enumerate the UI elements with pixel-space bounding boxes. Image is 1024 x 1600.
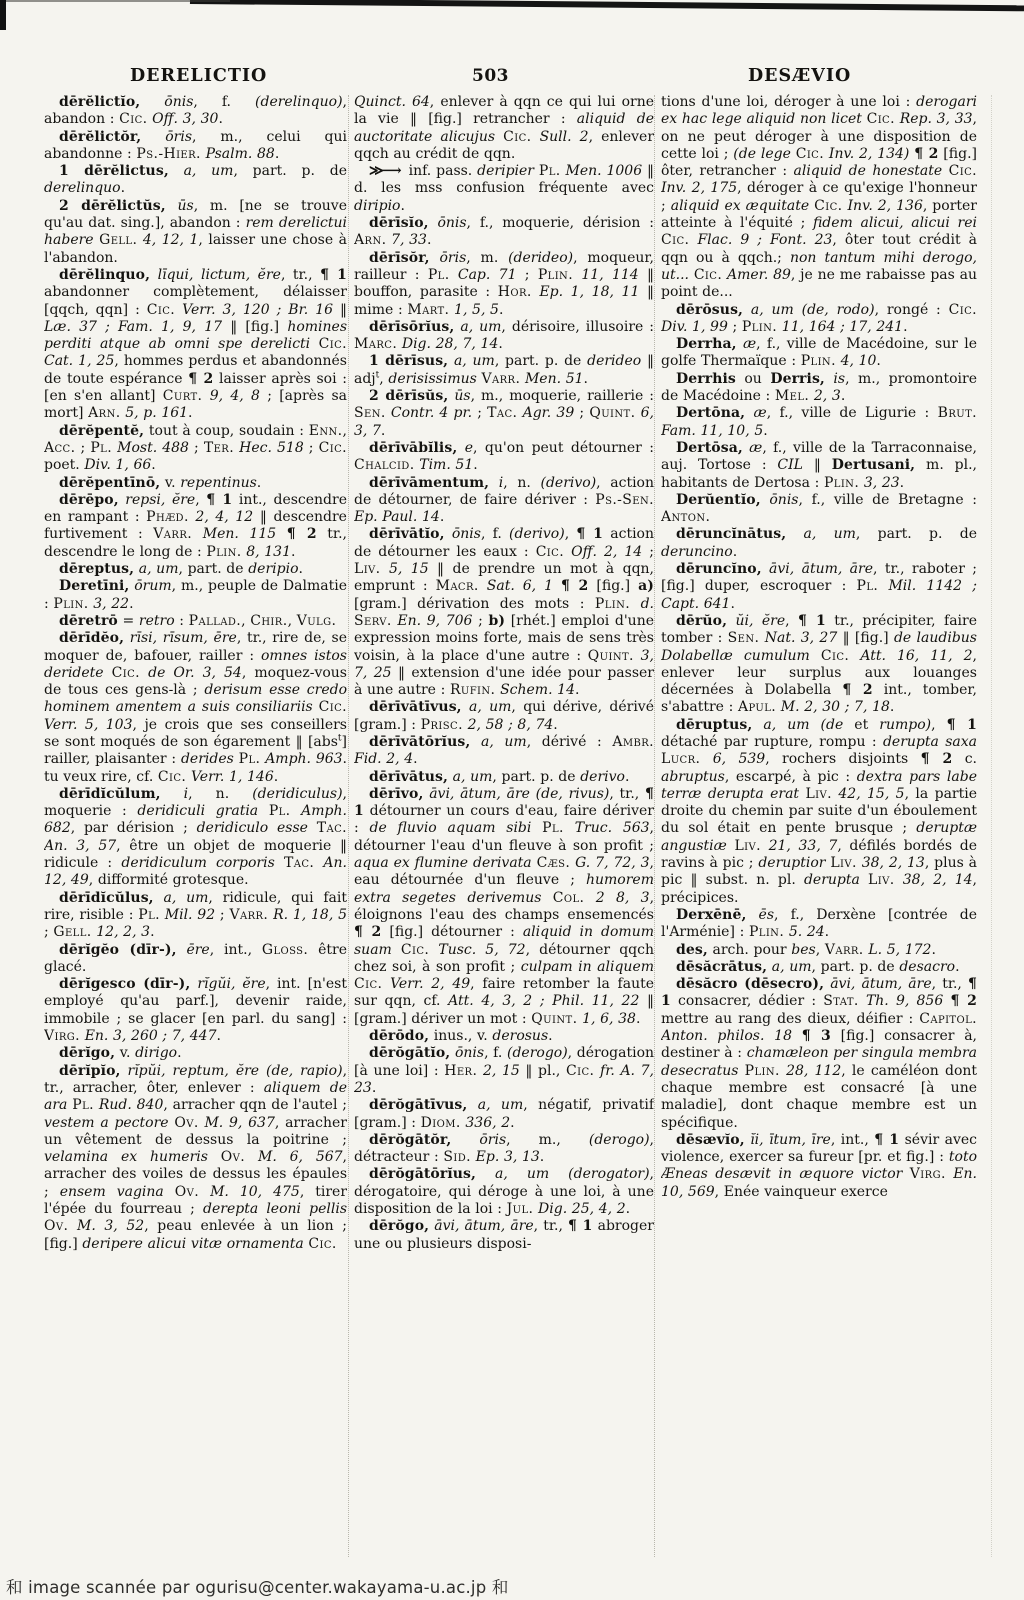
scanned-dictionary-page: DERELICTIO 503 DESÆVIO dērĕlictĭo, ōnis,… [0, 0, 1024, 1600]
dictionary-entry: dērŏgātīvus, a, um, négatif, privatif [g… [354, 1097, 654, 1132]
scan-corner-artifact [0, 0, 6, 30]
dictionary-entry: des, arch. pour bes, Varr. L. 5, 172. [661, 942, 977, 959]
column-3: tions d'une loi, déroger à une loi : der… [661, 94, 977, 1558]
dictionary-entry: dērĭgĕo (dīr-), ēre, int., Gloss. être g… [44, 942, 347, 977]
text-columns: dērĕlictĭo, ōnis, f. (derelinquo), aband… [44, 94, 980, 1558]
dictionary-entry: dērĭgo, v. dirigo. [44, 1045, 347, 1062]
dictionary-entry: 2 dērĕlictŭs, ūs, m. [ne se trouve qu'au… [44, 198, 347, 267]
dictionary-entry: dēruptus, a, um (de et rumpo), ¶ 1 détac… [661, 717, 977, 907]
dictionary-entry: dērōdo, inus., v. derosus. [354, 1028, 654, 1045]
dictionary-entry: Derxēnē, ēs, f., Derxène [contrée de l'A… [661, 907, 977, 942]
dictionary-entry: ≫⟶ inf. pass. deripier Pl. Men. 1006 ‖ d… [354, 163, 654, 215]
dictionary-entry: dērĕpentīnō, v. repentinus. [44, 475, 347, 492]
dictionary-entry: Quinct. 64, enlever à qqn ce qui lui orn… [354, 94, 654, 163]
dictionary-entry: 1 dērĕlictus, a, um, part. p. de derelin… [44, 163, 347, 198]
dictionary-entry: dēsævĭo, ĭi, ītum, īre, int., ¶ 1 sévir … [661, 1132, 977, 1201]
dictionary-entry: dēsăcrātus, a, um, part. p. de desacro. [661, 959, 977, 976]
dictionary-entry: dēruncĭnātus, a, um, part. p. de derunci… [661, 526, 977, 561]
running-head: DERELICTIO 503 DESÆVIO [0, 66, 1024, 90]
dictionary-entry: dērēpo, repsi, ĕre, ¶ 1 int., descendre … [44, 492, 347, 561]
dictionary-entry: dērīsĭo, ōnis, f., moquerie, dérision : … [354, 215, 654, 250]
dictionary-entry: dērĭpĭo, rĭpŭi, reptum, ĕre (de, rapio),… [44, 1063, 347, 1253]
column-1: dērĕlictĭo, ōnis, f. (derelinquo), aband… [44, 94, 347, 1558]
dictionary-entry: dēruncĭno, āvi, ātum, āre, tr., raboter … [661, 561, 977, 613]
dictionary-entry: dērīvātīvus, a, um, qui dérive, dérivé [… [354, 699, 654, 734]
dictionary-entry: Derrha, æ, f., ville de Macédoine, sur l… [661, 336, 977, 371]
dictionary-entry: dērŭo, ŭi, ĕre, ¶ 1 tr., précipiter, fai… [661, 613, 977, 717]
dictionary-entry: dērĕlictŏr, ōris, m., celui qui abandonn… [44, 129, 347, 164]
dictionary-entry: 1 dērīsus, a, um, part. p. de derideo ‖ … [354, 353, 654, 388]
dictionary-entry: Derrhis ou Derris, is, m., promontoire d… [661, 371, 977, 406]
scan-caption: 和 image scannée par ogurisu@center.wakay… [6, 1574, 509, 1598]
running-head-left-word: DERELICTIO [130, 66, 267, 86]
dictionary-entry: dēsăcro (dēsecro), āvi, ātum, āre, tr., … [661, 976, 977, 1132]
running-head-right-word: DESÆVIO [748, 66, 851, 86]
dictionary-entry: dērĕpentĕ, tout à coup, soudain : Enn., … [44, 423, 347, 475]
column-2: Quinct. 64, enlever à qqn ce qui lui orn… [354, 94, 654, 1558]
dictionary-entry: dērīsŏr, ōris, m. (derideo), moqueur, ra… [354, 250, 654, 319]
dictionary-entry: Dertōna, æ, f., ville de Ligurie : Brut.… [661, 405, 977, 440]
dictionary-entry: dērŏgātōrĭus, a, um (derogator), dérogat… [354, 1166, 654, 1218]
dictionary-entry: Dertōsa, æ, f., ville de la Tarraconnais… [661, 440, 977, 492]
dictionary-entry: tions d'une loi, déroger à une loi : der… [661, 94, 977, 302]
dictionary-entry: dēreptus, a, um, part. de deripio. [44, 561, 347, 578]
dictionary-entry: dērīvāmentum, i, n. (derivo), action de … [354, 475, 654, 527]
dictionary-entry: dērīvo, āvi, ātum, āre (de, rivus), tr.,… [354, 786, 654, 1028]
dictionary-entry: dērŏgo, āvi, ātum, āre, tr., ¶ 1 abroger… [354, 1218, 654, 1253]
page-edge-rule [991, 95, 992, 1557]
dictionary-entry: dērīvātōrĭus, a, um, dérivé : Ambr. Fid.… [354, 734, 654, 769]
dictionary-entry: dērĕlinquo, līqui, lictum, ĕre, tr., ¶ 1… [44, 267, 347, 423]
dictionary-entry: Deretīni, ōrum, m., peuple de Dalmatie :… [44, 578, 347, 613]
dictionary-entry: 2 dērīsŭs, ūs, m., moquerie, raillerie :… [354, 388, 654, 440]
dictionary-entry: dērīvātĭo, ōnis, f. (derivo), ¶ 1 action… [354, 526, 654, 699]
dictionary-entry: dērŏgātĭo, ōnis, f. (derogo), dérogation… [354, 1045, 654, 1097]
dictionary-entry: dērŏgātŏr, ōris, m., (derogo), détracteu… [354, 1132, 654, 1167]
page-number: 503 [472, 66, 509, 86]
dictionary-entry: dērīdĭcŭlum, i, n. (deridiculus), moquer… [44, 786, 347, 890]
dictionary-entry: dērĕlictĭo, ōnis, f. (derelinquo), aband… [44, 94, 347, 129]
dictionary-entry: dērīdĭcŭlus, a, um, ridicule, qui fait r… [44, 890, 347, 942]
scan-top-edge-artifact [190, 0, 1024, 11]
dictionary-entry: dērīvātus, a, um, part. p. de derivo. [354, 769, 654, 786]
dictionary-entry: dērīsōrĭus, a, um, dérisoire, illusoire … [354, 319, 654, 354]
remark-arrow-icon: ≫⟶ [369, 163, 404, 179]
dictionary-entry: dērōsus, a, um (de, rodo), rongé : Cic. … [661, 302, 977, 337]
dictionary-entry: dērīvābĭlis, e, qu'on peut détourner : C… [354, 440, 654, 475]
dictionary-entry: dērĭgesco (dīr-), rĭgŭi, ĕre, int. [n'es… [44, 976, 347, 1045]
dictionary-entry: dēretrō = retro : Pallad., Chir., Vulg. [44, 613, 347, 630]
scan-top-edge-artifact-2 [0, 0, 230, 2]
dictionary-entry: Derŭentĭo, ōnis, f., ville de Bretagne :… [661, 492, 977, 527]
dictionary-entry: dērīdĕo, rīsi, rīsum, ēre, tr., rire de,… [44, 630, 347, 786]
